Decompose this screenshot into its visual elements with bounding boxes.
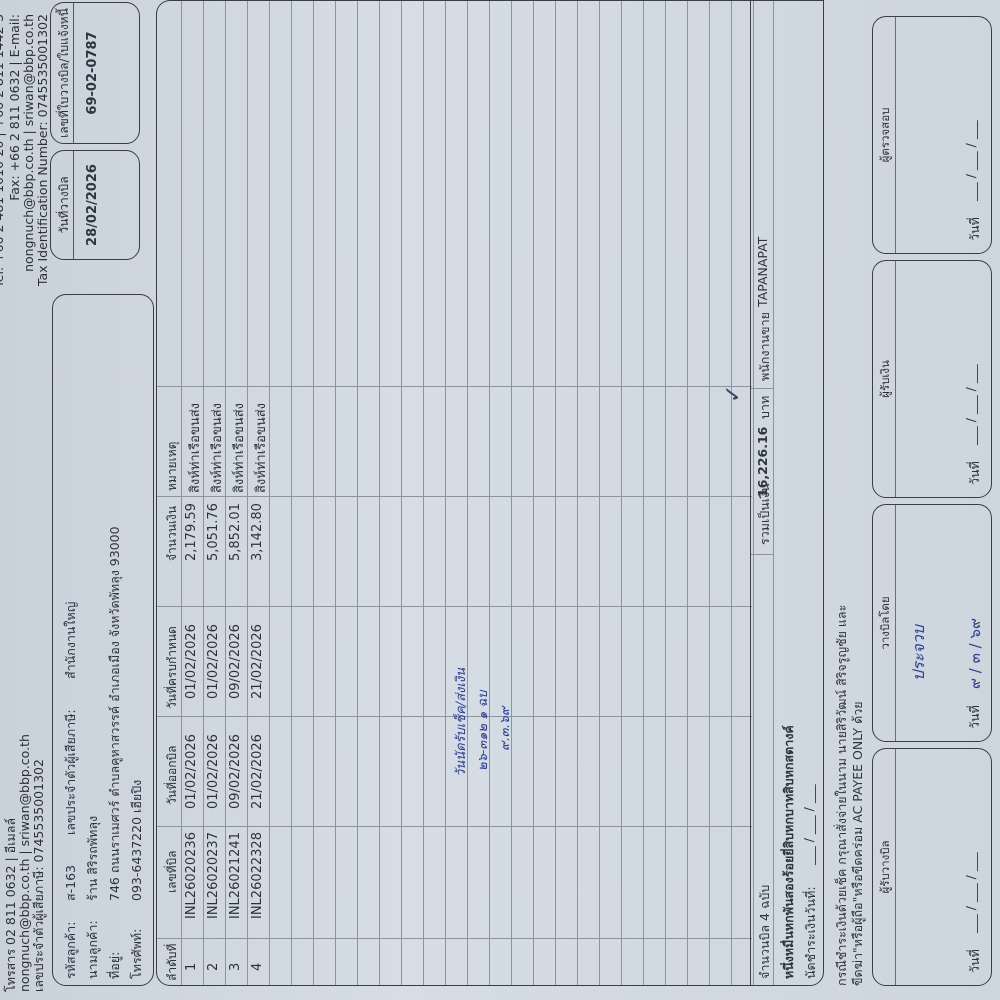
customer-address-value: 746 ถนนราเมศวร์ ตำบลคูหาสวรรค์ อำเภอเมือ… xyxy=(105,526,125,901)
col-header-bill-no: เลขที่บิล xyxy=(163,850,182,893)
summary-box: จำนวนบิล 4 ฉบับ รวมเป็นเงิน 16,226.16 บา… xyxy=(750,0,824,986)
payment-due-label: นัดชำระเงินวันที่: xyxy=(801,886,821,979)
handwritten-note-line-1: วันนัดรับเช็ค/ส่งเงิน xyxy=(451,668,473,777)
cell-issue-date: 09/02/2026 xyxy=(228,734,243,809)
handwritten-note: วันนัดรับเช็ค/ส่งเงิน ๒๖-๓๑๒ ๑ ฉบ ๙.๓.๖๙ xyxy=(451,668,517,777)
signature-date-label: วันที่ xyxy=(965,217,985,241)
billing-date-value: 28/02/2026 xyxy=(85,151,100,259)
cell-bill-no: INL26022328 xyxy=(250,832,265,919)
cell-due-date: 09/02/2026 xyxy=(228,624,243,699)
bill-count: จำนวนบิล 4 ฉบับ xyxy=(755,885,775,979)
header-email: nongnuch@bbp.co.th | sriwan@bbp.co.th xyxy=(22,14,36,272)
salesperson-value: TAPANAPAT xyxy=(755,237,770,307)
cell-issue-date: 01/02/2026 xyxy=(206,734,221,809)
cell-order: 3 xyxy=(228,963,243,971)
cell-order: 2 xyxy=(206,963,221,971)
col-header-amount: จำนวนเงิน xyxy=(163,506,182,561)
signature-title: ผู้รับเงิน xyxy=(877,261,895,497)
cell-issue-date: 21/02/2026 xyxy=(250,734,265,809)
customer-tax-value: สำนักงานใหญ่ xyxy=(61,602,81,679)
col-header-order: ลำดับที่ xyxy=(163,944,182,981)
billing-number-box: เลขที่ใบวางบิล/ใบแจ้งหนี้ 69-02-0787 xyxy=(50,2,140,144)
customer-address-label: ที่อยู่: xyxy=(105,952,125,979)
signature-date-label: วันที่ xyxy=(965,949,985,973)
signature-date-value[interactable]: ___ / ___ / ___ xyxy=(963,364,978,445)
billing-date-label: วันที่วางบิล xyxy=(55,151,74,259)
total-value: 16,226.16 xyxy=(755,427,770,497)
cell-bill-no: INL26020237 xyxy=(206,832,221,919)
header-email-th: nongnuch@bbp.co.th | sriwan@bbp.co.th xyxy=(18,734,32,992)
billing-number-value: 69-02-0787 xyxy=(85,3,100,143)
billing-number-label: เลขที่ใบวางบิล/ใบแจ้งหนี้ xyxy=(55,3,74,143)
header-tel: Tel: +66 2 481 1010-20 | +66 2 811 1442-… xyxy=(0,14,6,288)
cell-amount: 3,142.80 xyxy=(250,503,265,561)
cell-due-date: 21/02/2026 xyxy=(250,624,265,699)
payment-note-line-2: ขีดฆ่า"หรือผู้ถือ"หรือขีดคร่อม AC PAYEE … xyxy=(848,701,868,986)
billing-note-page: โทรสาร 02 811 0632 | อีเมลล์ nongnuch@bb… xyxy=(0,0,1000,1000)
handwritten-note-line-2: ๒๖-๓๑๒ ๑ ฉบ xyxy=(473,668,495,777)
header-fax-th: โทรสาร 02 811 0632 | อีเมลล์ xyxy=(4,818,18,992)
header-tax: Tax Identification Number: 0745535001302 xyxy=(36,14,50,286)
customer-name-label: นามลูกค้า: xyxy=(83,920,103,979)
cell-remark: สิงห์ท่าเรือขนส่ง xyxy=(206,403,227,493)
customer-code-value: ส-163 xyxy=(61,865,81,901)
signature-date-value[interactable]: ___ / ___ / ___ xyxy=(963,852,978,933)
cell-issue-date: 01/02/2026 xyxy=(184,734,199,809)
signature-title: ผู้ตรวจสอบ xyxy=(877,17,895,253)
check-mark-icon: ✓ xyxy=(721,385,746,403)
signature-date-value[interactable]: ___ / ___ / ___ xyxy=(963,120,978,201)
cell-due-date: 01/02/2026 xyxy=(184,624,199,699)
customer-name-value: ร้าน สิริรถพัทลุง xyxy=(83,816,103,901)
col-header-due-date: วันที่ครบกำหนด xyxy=(163,626,182,709)
cell-bill-no: INL26020236 xyxy=(184,832,199,919)
amount-in-words: หนึ่งหมื่นหกพันสองร้อยยี่สิบหกบาทสิบหกสต… xyxy=(779,725,799,979)
invoice-table: ลำดับที่ เลขที่บิล วันที่ออกบิล วันที่คร… xyxy=(156,0,752,986)
cell-remark: สิงห์ท่าเรือขนส่ง xyxy=(228,403,249,493)
signature-handwriting: ประจวบ xyxy=(907,625,932,681)
handwritten-note-line-3: ๙.๓.๖๙ xyxy=(495,668,517,777)
billing-date-box: วันที่วางบิล 28/02/2026 xyxy=(50,150,140,260)
cell-order: 4 xyxy=(250,963,265,971)
cell-amount: 2,179.59 xyxy=(184,503,199,561)
header-tax-th: เลขประจำตัวผู้เสียภาษี: 0745535001302 xyxy=(32,759,46,992)
cell-order: 1 xyxy=(184,963,199,971)
cell-remark: สิงห์ท่าเรือขนส่ง xyxy=(250,403,271,493)
customer-info-box: รหัสลูกค้า: ส-163 เลขประจำตัวผู้เสียภาษี… xyxy=(52,294,154,986)
signature-date-label: วันที่ xyxy=(965,461,985,485)
cell-bill-no: INL26021241 xyxy=(228,832,243,919)
signature-box: ผู้รับเงินวันที่___ / ___ / ___ xyxy=(872,260,992,498)
signature-title: วางบิลโดย xyxy=(877,505,895,741)
total-currency: บาท xyxy=(755,396,775,419)
signature-title: ผู้รับวางบิล xyxy=(877,749,895,985)
col-header-issue-date: วันที่ออกบิล xyxy=(163,745,182,805)
signature-date-label: วันที่ xyxy=(965,705,985,729)
payment-due-value: ___ / ___ / ___ xyxy=(801,784,816,865)
cell-amount: 5,852.01 xyxy=(228,503,243,561)
header-fax: Fax: +66 2 811 0632 | E-mail: xyxy=(8,14,22,201)
cell-due-date: 01/02/2026 xyxy=(206,624,221,699)
signature-box: ผู้ตรวจสอบวันที่___ / ___ / ___ xyxy=(872,16,992,254)
col-header-remark: หมายเหตุ xyxy=(163,442,182,491)
cell-amount: 5,051.76 xyxy=(206,503,221,561)
customer-phone-label: โทรศัพท์: xyxy=(127,929,147,979)
salesperson-label: พนักงานขาย xyxy=(755,312,775,381)
cell-remark: สิงห์ท่าเรือขนส่ง xyxy=(184,403,205,493)
photo-background: โทรสาร 02 811 0632 | อีเมลล์ nongnuch@bb… xyxy=(0,0,1000,1000)
customer-phone-value: 093-6437220 เฮียปิง xyxy=(127,780,147,901)
signature-box: ผู้รับวางบิลวันที่___ / ___ / ___ xyxy=(872,748,992,986)
signature-date-value[interactable]: ๙ / ๓ / ๖๙ xyxy=(963,618,987,689)
signature-box: วางบิลโดยประจวบวันที่๙ / ๓ / ๖๙ xyxy=(872,504,992,742)
customer-tax-label: เลขประจำตัวผู้เสียภาษี: xyxy=(61,709,81,835)
customer-code-label: รหัสลูกค้า: xyxy=(61,922,81,979)
